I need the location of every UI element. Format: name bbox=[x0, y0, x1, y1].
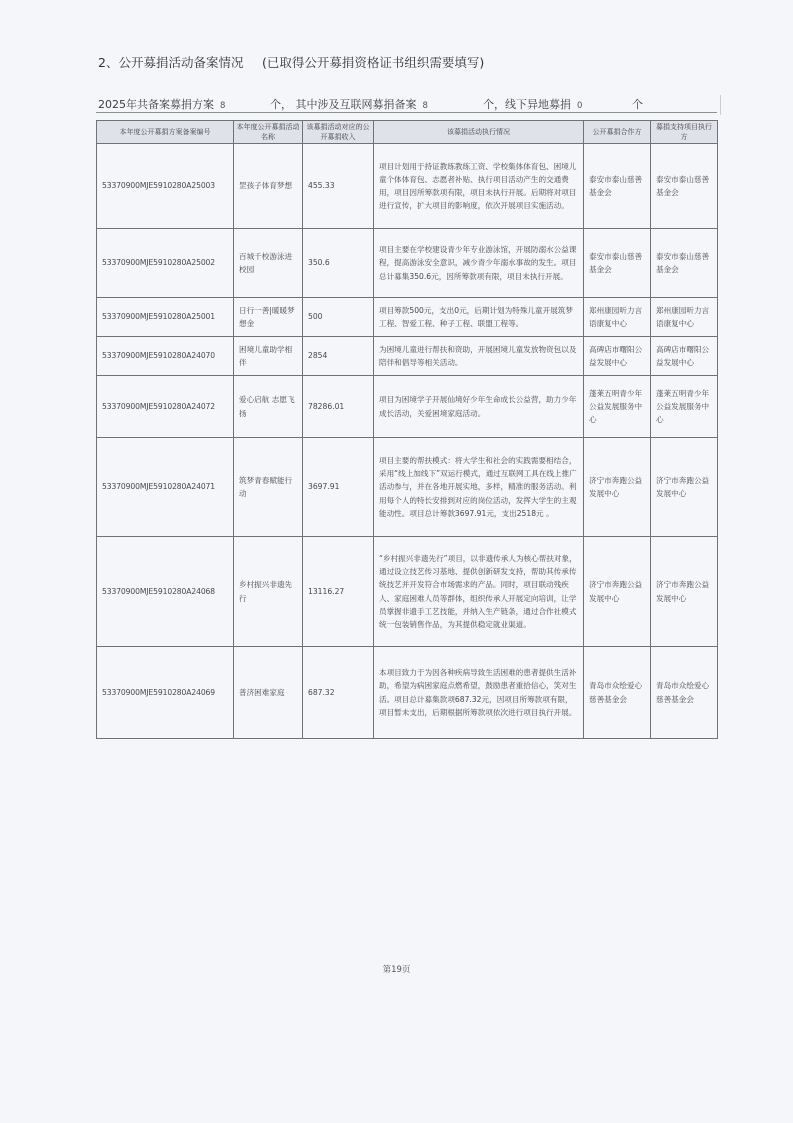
execution-cell: 项目计划用于持证教练教练工资、学校集体体育包、困境儿童个体体育包、志愿者补贴、执… bbox=[374, 144, 584, 229]
summary-internet-count: 8 bbox=[423, 101, 428, 111]
partner-cell: 郑州康园听力言语康复中心 bbox=[584, 298, 651, 337]
executor-cell: 泰安市泰山慈善基金会 bbox=[651, 144, 718, 229]
filing-id-cell: 53370900MJE5910280A24068 bbox=[97, 537, 234, 647]
activity-name-cell: 百城千校游泳进校园 bbox=[234, 229, 303, 298]
table-row: 53370900MJE5910280A25002百城千校游泳进校园350.6项目… bbox=[97, 229, 718, 298]
table-row: 53370900MJE5910280A25001日行一善|暖暖梦想金500项目筹… bbox=[97, 298, 718, 337]
partner-cell: 济宁市奔跑公益发展中心 bbox=[584, 537, 651, 647]
table-row: 53370900MJE5910280A24071筑梦青春赋能行动3697.91项… bbox=[97, 438, 718, 537]
summary-total-label: 2025年共备案募捐方案 bbox=[98, 98, 214, 111]
table-row: 53370900MJE5910280A24072爱心启航 志愿飞扬78286.0… bbox=[97, 376, 718, 438]
header-activity-name: 本年度公开募捐活动名称 bbox=[234, 121, 303, 144]
executor-cell: 济宁市奔跑公益发展中心 bbox=[651, 537, 718, 647]
executor-cell: 高碑店市曙阳公益发展中心 bbox=[651, 337, 718, 376]
income-cell: 78286.01 bbox=[303, 376, 374, 438]
execution-cell: 项目主要在学校建设青少年专业游泳馆，开展防溺水公益课程，提高游泳安全意识，减少青… bbox=[374, 229, 584, 298]
summary-total-count: 8 bbox=[220, 101, 225, 111]
fundraising-filing-table: 本年度公开募捐方案备案编号 本年度公开募捐活动名称 该募捐活动对应的公开募捐收入… bbox=[96, 120, 718, 739]
document-page: 2、公开募捐活动备案情况 (已取得公开募捐资格证书组织需要填写) 2025年共备… bbox=[0, 0, 793, 1123]
partner-cell: 泰安市泰山慈善基金会 bbox=[584, 144, 651, 229]
header-filing-id: 本年度公开募捐方案备案编号 bbox=[97, 121, 234, 144]
filing-id-cell: 53370900MJE5910280A25003 bbox=[97, 144, 234, 229]
execution-cell: 项目主要的帮扶模式：将大学生和社会的实践需要相结合，采用“线上加线下”双运行模式… bbox=[374, 438, 584, 537]
income-cell: 2854 bbox=[303, 337, 374, 376]
header-execution: 该募捐活动执行情况 bbox=[374, 121, 584, 144]
executor-cell: 泰安市泰山慈善基金会 bbox=[651, 229, 718, 298]
header-income: 该募捐活动对应的公开募捐收入 bbox=[303, 121, 374, 144]
filing-id-cell: 53370900MJE5910280A24069 bbox=[97, 647, 234, 739]
summary-total: 2025年共备案募捐方案8 bbox=[98, 96, 225, 112]
income-cell: 500 bbox=[303, 298, 374, 337]
table-header-row: 本年度公开募捐方案备案编号 本年度公开募捐活动名称 该募捐活动对应的公开募捐收入… bbox=[97, 121, 718, 144]
executor-cell: 青岛市众绘爱心慈善基金会 bbox=[651, 647, 718, 739]
income-cell: 350.6 bbox=[303, 229, 374, 298]
income-cell: 687.32 bbox=[303, 647, 374, 739]
page-number: 第19页 bbox=[0, 963, 793, 975]
partner-cell: 青岛市众绘爱心慈善基金会 bbox=[584, 647, 651, 739]
filing-id-cell: 53370900MJE5910280A24072 bbox=[97, 376, 234, 438]
filing-id-cell: 53370900MJE5910280A25001 bbox=[97, 298, 234, 337]
section-note: (已取得公开募捐资格证书组织需要填写) bbox=[262, 53, 484, 71]
executor-cell: 蓬莱五明青少年公益发展服务中心 bbox=[651, 376, 718, 438]
execution-cell: 项目筹款500元，支出0元，后期计划为特殊儿童开展筑梦工程、智爱工程、种子工程、… bbox=[374, 298, 584, 337]
activity-name-cell: 爱心启航 志愿飞扬 bbox=[234, 376, 303, 438]
partner-cell: 济宁市奔跑公益发展中心 bbox=[584, 438, 651, 537]
summary-offsite: 个，线下异地募捐0 bbox=[483, 96, 582, 112]
page-edge-line bbox=[720, 95, 721, 115]
table-row: 53370900MJE5910280A24069普济困难家庭687.32本项目致… bbox=[97, 647, 718, 739]
filing-id-cell: 53370900MJE5910280A25002 bbox=[97, 229, 234, 298]
summary-offsite-label: 个，线下异地募捐 bbox=[483, 98, 571, 111]
execution-cell: 项目为困境学子开展仙境好少年生命成长公益营，助力少年成长活动，关爱困境家庭活动。 bbox=[374, 376, 584, 438]
filing-id-cell: 53370900MJE5910280A24071 bbox=[97, 438, 234, 537]
summary-internet-label: 个， 其中涉及互联网募捐备案 bbox=[270, 98, 417, 111]
summary-internet: 个， 其中涉及互联网募捐备案8 bbox=[270, 96, 428, 112]
partner-cell: 蓬莱五明青少年公益发展服务中心 bbox=[584, 376, 651, 438]
summary-divider bbox=[96, 112, 717, 113]
activity-name-cell: 日行一善|暖暖梦想金 bbox=[234, 298, 303, 337]
table-body: 53370900MJE5910280A25003罡孩子体育梦想455.33项目计… bbox=[97, 144, 718, 739]
section-title: 2、公开募捐活动备案情况 bbox=[98, 53, 243, 71]
income-cell: 3697.91 bbox=[303, 438, 374, 537]
partner-cell: 泰安市泰山慈善基金会 bbox=[584, 229, 651, 298]
income-cell: 455.33 bbox=[303, 144, 374, 229]
partner-cell: 高碑店市曙阳公益发展中心 bbox=[584, 337, 651, 376]
executor-cell: 郑州康园听力言语康复中心 bbox=[651, 298, 718, 337]
executor-cell: 济宁市奔跑公益发展中心 bbox=[651, 438, 718, 537]
header-partner: 公开募捐合作方 bbox=[584, 121, 651, 144]
activity-name-cell: 普济困难家庭 bbox=[234, 647, 303, 739]
activity-name-cell: 乡村振兴非遗先行 bbox=[234, 537, 303, 647]
execution-cell: “乡村振兴非遗先行”项目，以非遗传承人为核心帮扶对象，通过设立技艺传习基地、提供… bbox=[374, 537, 584, 647]
activity-name-cell: 罡孩子体育梦想 bbox=[234, 144, 303, 229]
filing-id-cell: 53370900MJE5910280A24070 bbox=[97, 337, 234, 376]
table-row: 53370900MJE5910280A24068乡村振兴非遗先行13116.27… bbox=[97, 537, 718, 647]
income-cell: 13116.27 bbox=[303, 537, 374, 647]
activity-name-cell: 困境儿童助学相伴 bbox=[234, 337, 303, 376]
summary-offsite-count: 0 bbox=[577, 101, 582, 111]
summary-unit: 个 bbox=[632, 96, 643, 112]
activity-name-cell: 筑梦青春赋能行动 bbox=[234, 438, 303, 537]
header-executor: 募捐支持项目执行方 bbox=[651, 121, 718, 144]
execution-cell: 本项目致力于为因各种疾病导致生活困难的患者提供生活补助，希望为病困家庭点燃希望，… bbox=[374, 647, 584, 739]
table-row: 53370900MJE5910280A24070困境儿童助学相伴2854为困境儿… bbox=[97, 337, 718, 376]
execution-cell: 为困境儿童进行帮扶和资助，开展困境儿童发放物资包以及陪伴和倡导等相关活动。 bbox=[374, 337, 584, 376]
table-row: 53370900MJE5910280A25003罡孩子体育梦想455.33项目计… bbox=[97, 144, 718, 229]
